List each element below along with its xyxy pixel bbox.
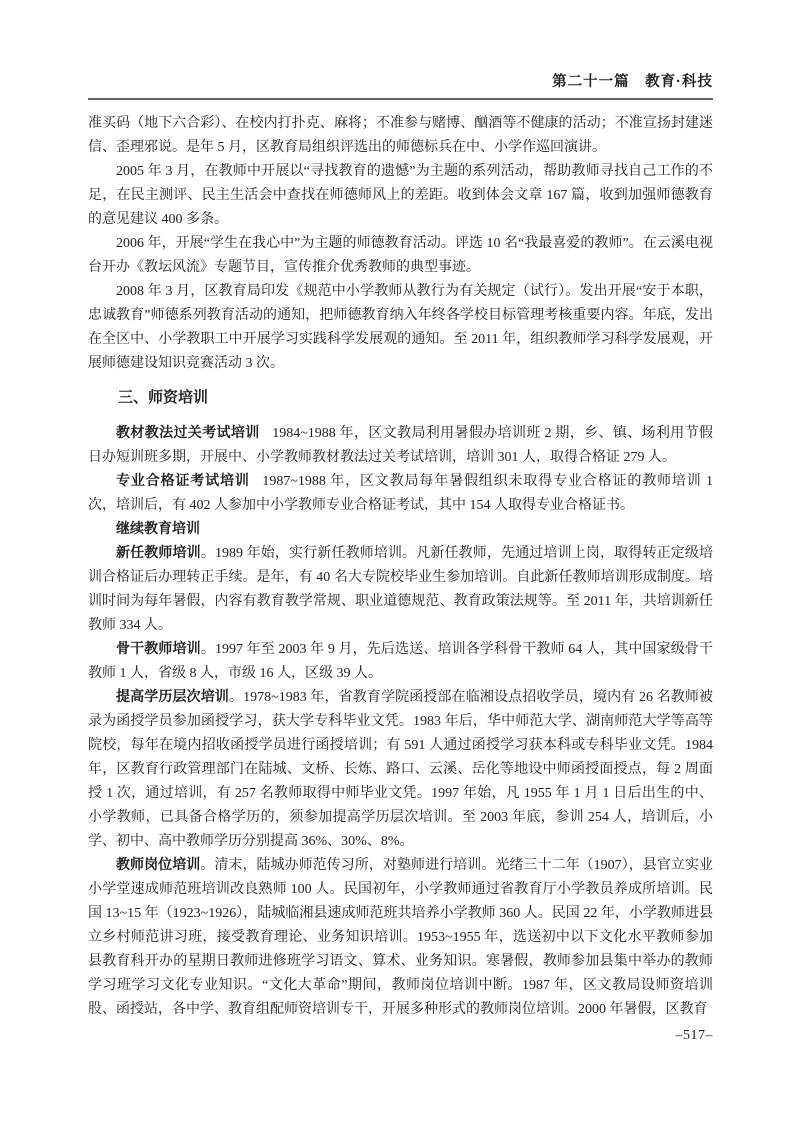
- paragraph-carryover: 准买码（地下六合彩）、在校内打扑克、麻将；不准参与赌博、酗酒等不健康的活动；不准…: [88, 112, 713, 160]
- section-heading-teacher-training: 三、师资培训: [88, 386, 713, 410]
- paragraph-degree-upgrade-training: 提高学历层次培训。1978~1983 年，省教育学院函授部在临湘设点招收学员，境…: [88, 686, 713, 854]
- paragraph-2005: 2005 年 3 月，在教师中开展以“寻找教育的遗憾”为主题的系列活动，帮助教师…: [88, 160, 713, 232]
- paragraph-lead-degree-upgrade: 提高学历层次培训: [116, 690, 229, 705]
- page-number: –517–: [88, 1026, 713, 1046]
- page-body: 准买码（地下六合彩）、在校内打扑克、麻将；不准参与赌博、酗酒等不健康的活动；不准…: [88, 112, 713, 1022]
- paragraph-lead-new-teacher: 新任教师培训: [116, 546, 201, 561]
- paragraph-text-degree-upgrade: 。1978~1983 年，省教育学院函授部在临湘设点招收学员，境内有 26 名教…: [88, 690, 713, 849]
- paragraph-2006: 2006 年，开展“学生在我心中”为主题的师德教育活动。评选 10 名“我最喜爱…: [88, 232, 713, 280]
- paragraph-lead-post-training: 教师岗位培训: [116, 858, 200, 873]
- page-header: 第二十一篇 教育·科技: [88, 74, 713, 100]
- paragraph-certificate-exam-training: 专业合格证考试培训1987~1988 年，区文教局每年暑假组织未取得专业合格证的…: [88, 470, 713, 518]
- paragraph-text-post-training: 。清末，陆城办师范传习所，对塾师进行培训。光绪三十二年（1907），县官立实业小…: [88, 858, 713, 1017]
- paragraph-backbone-teacher-training: 骨干教师培训。1997 年至 2003 年 9 月，先后选送、培训各学科骨干教师…: [88, 638, 713, 686]
- header-rule: [88, 98, 713, 100]
- paragraph-lead-textbook-exam: 教材教法过关考试培训: [116, 426, 260, 441]
- paragraph-lead-backbone-teacher: 骨干教师培训: [116, 642, 201, 657]
- book-page: 第二十一篇 教育·科技 准买码（地下六合彩）、在校内打扑克、麻将；不准参与赌博、…: [0, 0, 793, 1122]
- running-header-title: 第二十一篇 教育·科技: [88, 74, 713, 91]
- sub-heading-continuing-education: 继续教育培训: [88, 518, 713, 542]
- paragraph-2008: 2008 年 3 月，区教育局印发《规范中小学教师从教行为有关规定（试行）。发出…: [88, 280, 713, 376]
- paragraph-textbook-exam-training: 教材教法过关考试培训1984~1988 年，区文教局利用暑假办培训班 2 期，乡…: [88, 422, 713, 470]
- paragraph-lead-certificate-exam: 专业合格证考试培训: [116, 474, 250, 489]
- paragraph-post-training: 教师岗位培训。清末，陆城办师范传习所，对塾师进行培训。光绪三十二年（1907），…: [88, 854, 713, 1022]
- paragraph-new-teacher-training: 新任教师培训。1989 年始，实行新任教师培训。凡新任教师，先通过培训上岗，取得…: [88, 542, 713, 638]
